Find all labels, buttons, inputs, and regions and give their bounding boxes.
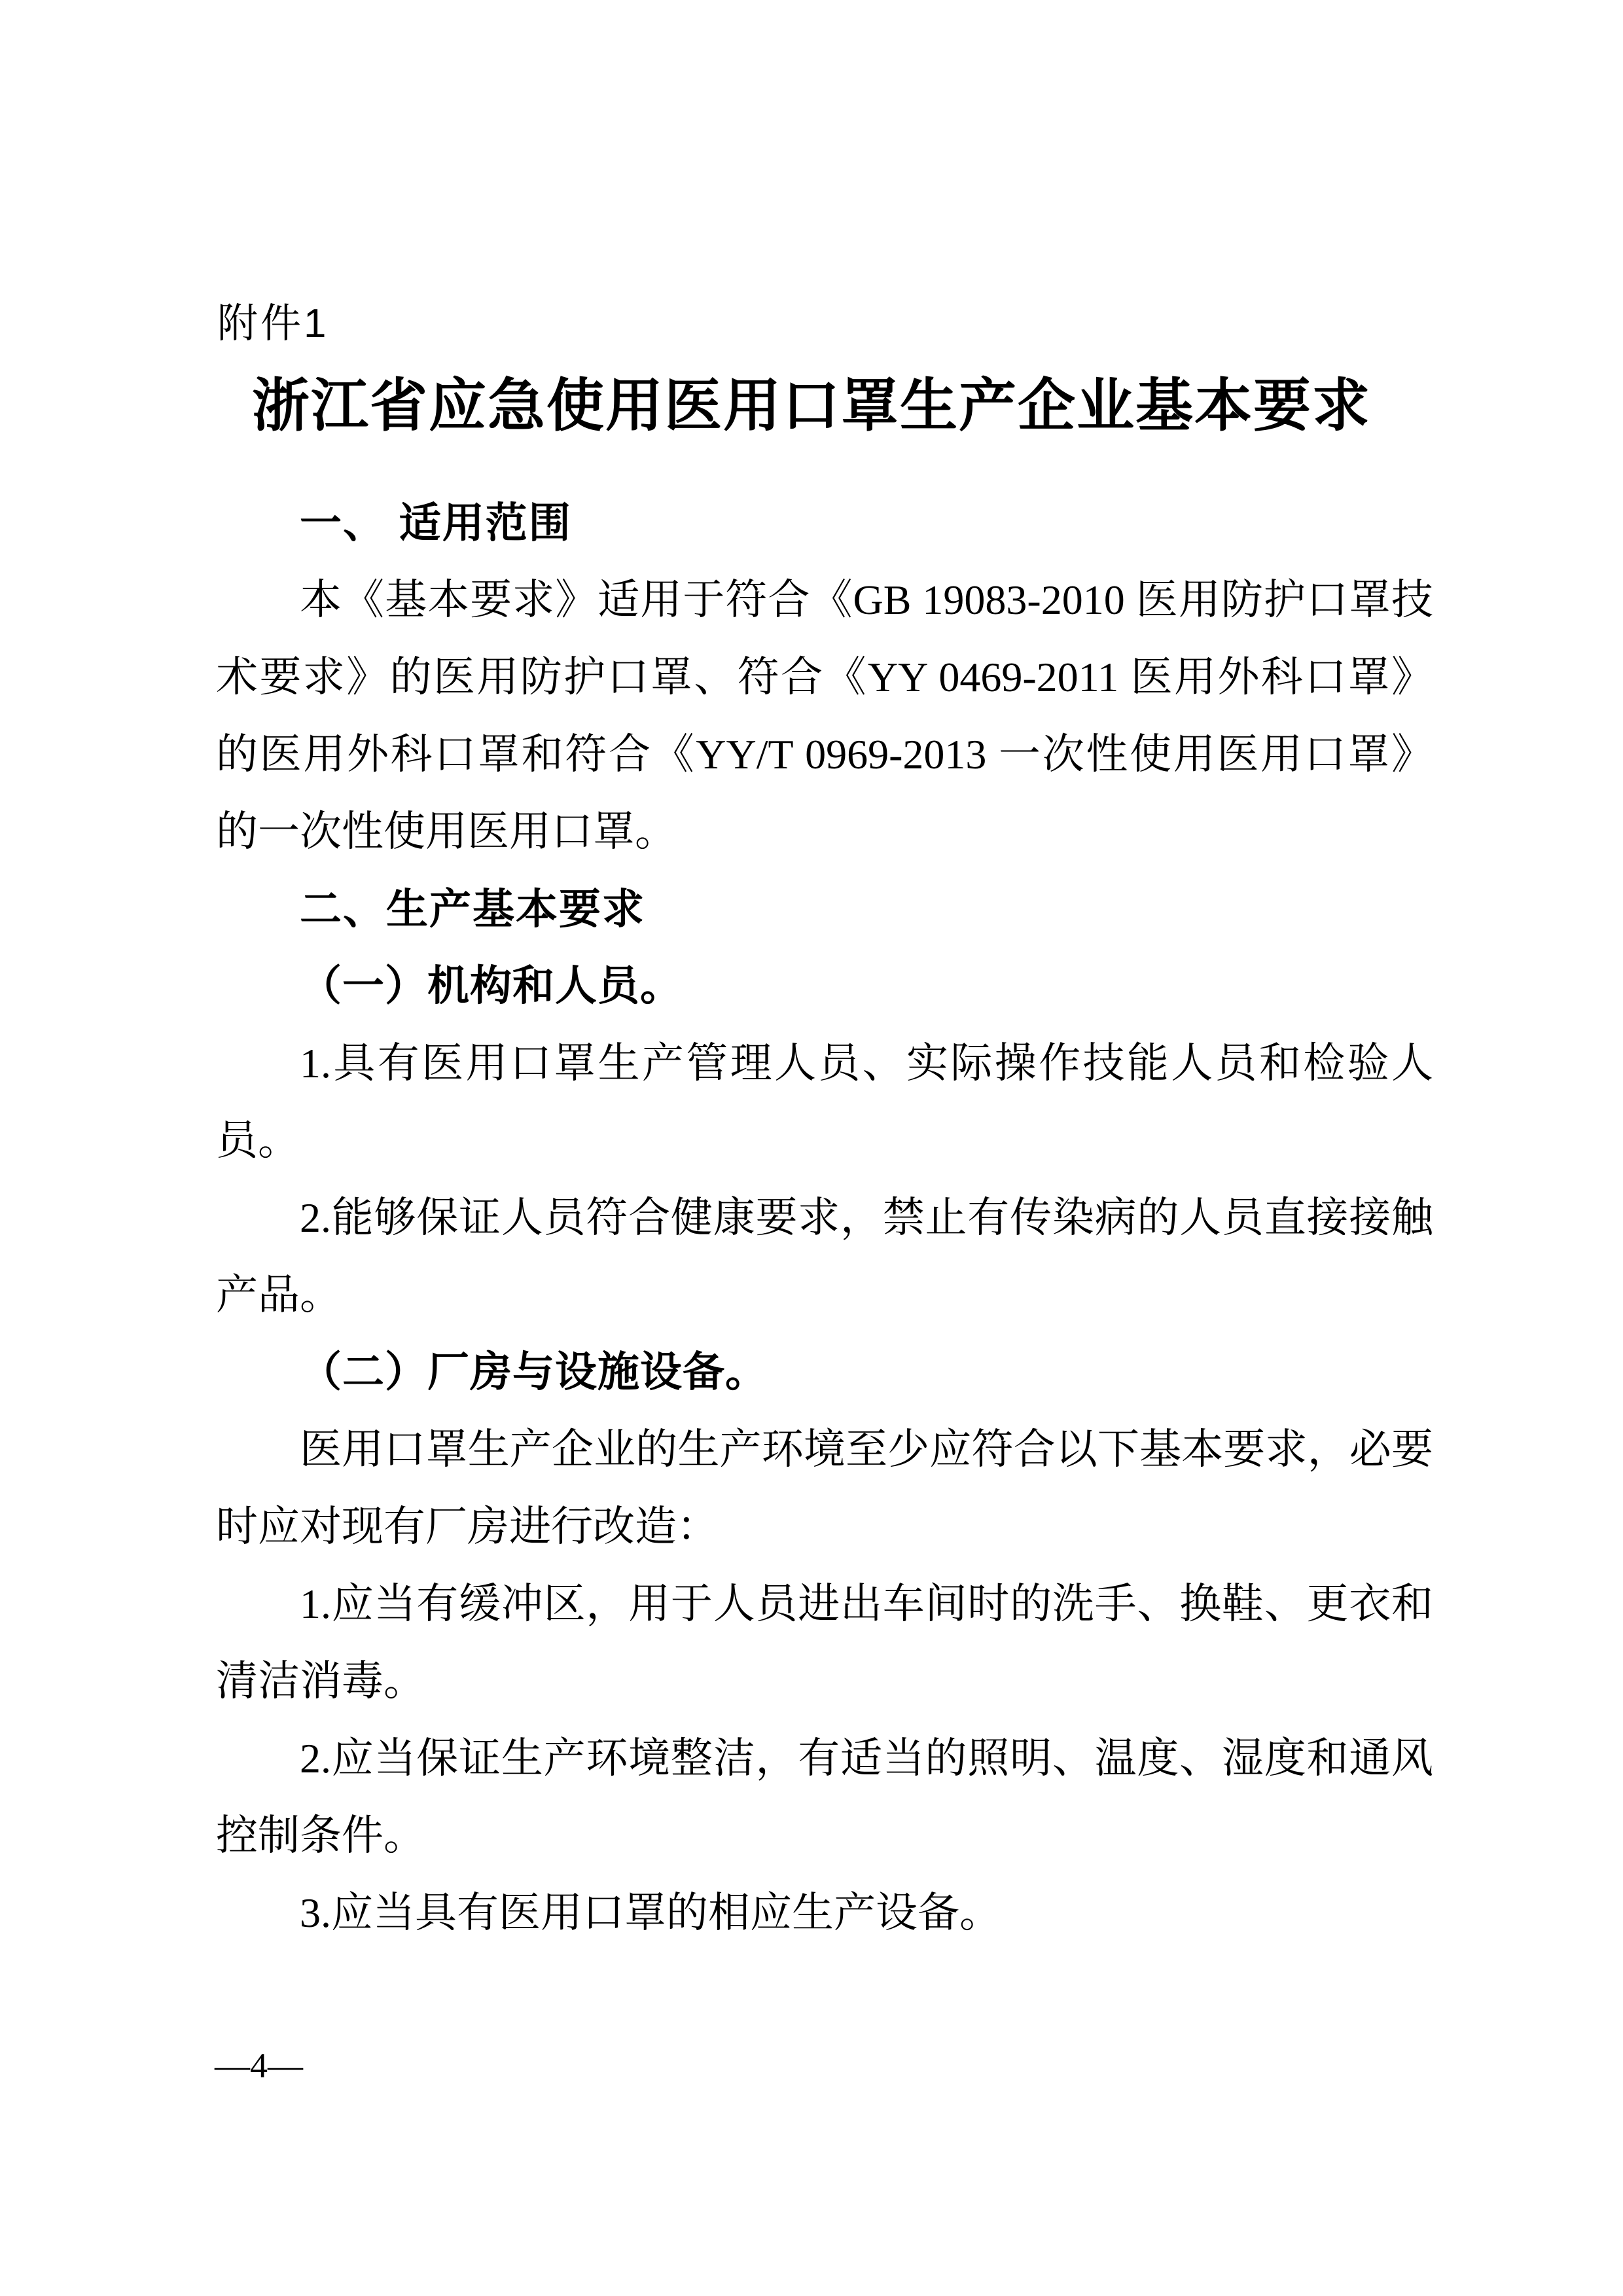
section-heading-scope: 一、 适用范围 (216, 484, 1433, 562)
body-text-line: 员。 (216, 1102, 1433, 1179)
body-text-line: 术要求》的医用防护口罩、符合《YY 0469-2011 医用外科口罩》 (216, 639, 1433, 716)
attachment-label: 附件1 (217, 288, 329, 360)
body-text-line: 1.具有医用口罩生产管理人员、实际操作技能人员和检验人 (216, 1025, 1433, 1102)
body-text-line: 的医用外科口罩和符合《YY/T 0969-2013 一次性使用医用口罩》 (216, 716, 1433, 793)
document-title: 浙江省应急使用医用口罩生产企业基本要求 (0, 360, 1623, 452)
body-text-line: 2.能够保证人员符合健康要求，禁止有传染病的人员直接接触 (216, 1179, 1433, 1257)
body-text-line: 产品。 (216, 1257, 1433, 1334)
section-heading-production: 二、生产基本要求 (216, 870, 1433, 948)
body-text-line: 控制条件。 (216, 1797, 1433, 1874)
sub-heading-organization-personnel: （一）机构和人员。 (216, 948, 1433, 1025)
body-text-line: 本《基本要求》适用于符合《GB 19083-2010 医用防护口罩技 (216, 562, 1433, 639)
body-text-line: 1.应当有缓冲区，用于人员进出车间时的洗手、换鞋、更衣和 (216, 1566, 1433, 1643)
body-text-line: 的一次性使用医用口罩。 (216, 793, 1433, 870)
body-text-line: 时应对现有厂房进行改造： (216, 1488, 1433, 1566)
page-number: —4— (215, 2045, 303, 2086)
body-text-line: 清洁消毒。 (216, 1643, 1433, 1720)
document-body: 一、 适用范围 本《基本要求》适用于符合《GB 19083-2010 医用防护口… (216, 484, 1433, 1952)
document-page: 附件1 浙江省应急使用医用口罩生产企业基本要求 一、 适用范围 本《基本要求》适… (0, 0, 1623, 2296)
body-text-line: 2.应当保证生产环境整洁，有适当的照明、温度、湿度和通风 (216, 1720, 1433, 1797)
body-text-line: 3.应当具有医用口罩的相应生产设备。 (216, 1874, 1433, 1952)
body-text-line: 医用口罩生产企业的生产环境至少应符合以下基本要求，必要 (216, 1411, 1433, 1488)
sub-heading-facilities-equipment: （二）厂房与设施设备。 (216, 1334, 1433, 1411)
